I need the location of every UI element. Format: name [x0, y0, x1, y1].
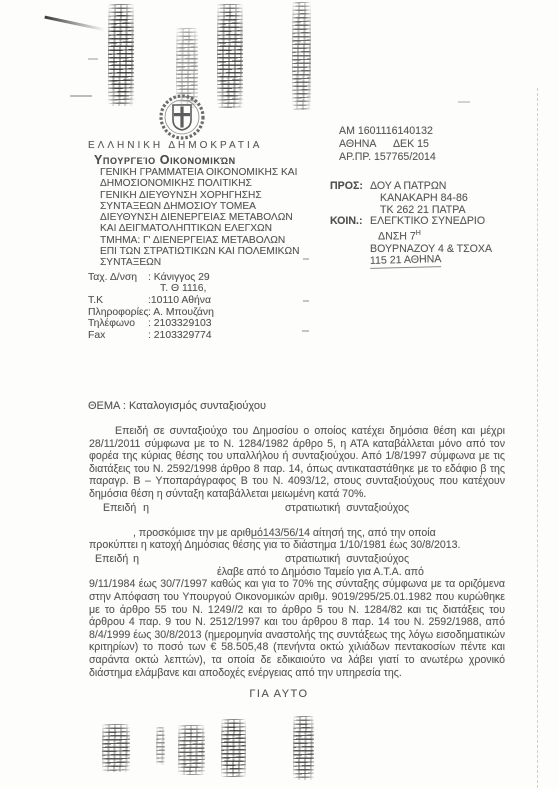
cc-lines: ΕΛΕΓΚΤΙΚΟ ΣΥΝΕΔΡΙΟ ΔΝΣΗ 7Η ΒΟΥΡΝΑΖΟΥ 4 &…: [370, 216, 492, 268]
pensioner-role: στρατιωτική συνταξιούχος: [285, 553, 409, 566]
page-fold-line: [537, 88, 538, 788]
clause-redacted-1: Επειδή η στρατιωτική συνταξιούχος: [89, 502, 505, 515]
cc-label: ΚΟΙΝ.:: [330, 216, 370, 268]
dept-line: ΣΥΝΤΑΞΕΩΝ ΔΗΜΟΣΙΟΥ ΤΟΜΕΑ: [100, 201, 328, 212]
ink-smudge-bottom-4: [221, 719, 246, 777]
clause-prefix: Επειδή η: [95, 553, 139, 566]
cc-line: 115 21 ΑΘΗΝΑ: [370, 255, 492, 268]
greek-national-emblem-icon: [156, 91, 208, 143]
dept-line: ΚΑΙ ΔΕΙΓΜΑΤΟΛΗΠΤΙΚΩΝ ΕΛΕΓΧΩΝ: [100, 223, 328, 234]
dept-line: ΣΥΝΤΑΞΕΩΝ: [100, 257, 328, 268]
clause-prefix: Επειδή η: [103, 502, 149, 515]
department-lines: ΓΕΝΙΚΗ ΓΡΑΜΜΑΤΕΙΑ ΟΙΚΟΝΟΜΙΚΗΣ ΚΑΙ ΔΗΜΟΣΙ…: [88, 167, 328, 269]
contact-value: : 2103329103: [148, 318, 212, 330]
contact-label: Fax: [88, 330, 148, 342]
cc-line: ΕΛΕΓΚΤΙΚΟ ΣΥΝΕΔΡΙΟ: [370, 216, 492, 228]
contact-row-fax: Fax : 2103329774: [88, 330, 328, 342]
dept-line: ΔΗΜΟΣΙΟΝΟΜΙΚΗΣ ΠΟΛΙΤΙΚΗΣ: [100, 178, 328, 189]
cc-directorate-sup: Η: [416, 230, 421, 237]
ink-smudge-top-3: [217, 4, 243, 108]
contact-label: Ταχ. Δ/νση: [88, 272, 148, 284]
letter-body: Επειδή σε συνταξιούχο του Δημοσίου ο οπο…: [89, 425, 505, 701]
subject-label: ΘΕΜΑ :: [88, 400, 126, 412]
paragraph-1: Επειδή σε συνταξιούχο του Δημοσίου ο οπο…: [89, 425, 505, 501]
contact-label: Τ.Κ: [88, 295, 148, 307]
contact-row-phone: Τηλέφωνο : 2103329103: [88, 318, 328, 330]
ministry-title: Υπουργείο Οικονομικών: [94, 153, 328, 167]
contact-row-pobox: Τ. Θ 1116,: [88, 283, 328, 295]
cc-underlined-address: 115 21 ΑΘΗΝΑ: [370, 254, 442, 269]
contact-label: Τηλέφωνο: [88, 318, 148, 330]
ink-smudge-bottom-1: [102, 724, 130, 772]
city-and-date: ΑΘΗΝΑ ΔΕΚ 15: [339, 138, 436, 151]
cc-row: ΚΟΙΝ.: ΕΛΕΓΚΤΙΚΟ ΣΥΝΕΔΡΙΟ ΔΝΣΗ 7Η ΒΟΥΡΝΑ…: [330, 216, 492, 268]
republic-title: ΕΛΛΗΝΙΚΗ ΔΗΜΟΚΡΑΤΙΑ: [88, 140, 328, 151]
pen-overline-artifact: [252, 538, 304, 539]
dept-line: ΔΙΕΥΘΥΝΣΗ ΔΙΕΝΕΡΓΕΙΑΣ ΜΕΤΑΒΟΛΩΝ: [100, 212, 328, 223]
contact-label: [88, 283, 148, 295]
ink-smudge-top-4: [292, 2, 311, 110]
registry-number: ΑΜ 1601116140132: [339, 125, 436, 138]
subject-text: Καταλογισμός συνταξιούχου: [129, 400, 266, 412]
paragraph-3: 9/11/1984 έως 30/7/1997 καθώς και για το…: [89, 578, 505, 679]
contact-block: Ταχ. Δ/νση : Κάνιγγος 29 Τ. Θ 1116, Τ.Κ …: [88, 272, 328, 342]
closing-phrase: ΓΙΑ ΑΥΤΟ: [89, 688, 505, 701]
paragraph-2-line-1: , προσκόμισε την με αριθμό143/56/14 αίτη…: [133, 527, 505, 540]
dept-line: ΤΜΗΜΑ: Γ' ΔΙΕΝΕΡΓΕΙΑΣ ΜΕΤΑΒΟΛΩΝ: [100, 235, 328, 246]
contact-value: Τ. Θ 1116,: [160, 283, 206, 295]
reference-block: ΑΜ 1601116140132 ΑΘΗΝΑ ΔΕΚ 15 ΑΡ.ΠΡ. 157…: [339, 125, 436, 164]
scan-dash-artifact: [88, 58, 98, 60]
contact-value: : Α. Μπουζάνη: [148, 307, 214, 319]
scan-dash-artifact: [458, 101, 470, 103]
dept-line: ΕΠΙ ΤΩΝ ΣΤΡΑΤΙΩΤΙΚΩΝ ΚΑΙ ΠΟΛΕΜΙΚΩΝ: [100, 246, 328, 257]
ink-smudge-top-1: [108, 4, 134, 106]
contact-row-info: Πληροφορίες : Α. Μπουζάνη: [88, 307, 328, 319]
contact-row-postcode: Τ.Κ :10110 Αθήνα: [88, 295, 328, 307]
ink-smudge-bottom-5: [293, 716, 314, 780]
ink-smudge-bottom-2: [156, 727, 165, 765]
agency-header: ΕΛΛΗΝΙΚΗ ΔΗΜΟΚΡΑΤΙΑ Υπουργείο Οικονομικώ…: [88, 140, 328, 342]
contact-value: : 2103329774: [148, 330, 212, 342]
paragraph-3-line-1: έλαβε από το Δημόσιο Ταμείο για Α.Τ.Α. α…: [217, 566, 505, 579]
ink-smudge-bottom-3: [178, 725, 205, 775]
recipients-block: ΠΡΟΣ: ΔΟΥ Α ΠΑΤΡΩΝ ΚΑΝΑΚΑΡΗ 84-86 ΤΚ 262…: [330, 181, 492, 268]
contact-label: Πληροφορίες: [88, 307, 148, 319]
protocol-number: ΑΡ.ΠΡ. 157765/2014: [339, 151, 436, 164]
pen-stroke-artifact: [44, 16, 105, 32]
contact-value: : Κάνιγγος 29: [148, 272, 210, 284]
subject-line: ΘΕΜΑ : Καταλογισμός συνταξιούχου: [88, 400, 266, 412]
contact-row-address: Ταχ. Δ/νση : Κάνιγγος 29: [88, 272, 328, 284]
dept-line: ΓΕΝΙΚΗ ΔΙΕΥΘΥΝΣΗ ΧΟΡΗΓΗΣΗΣ: [100, 190, 328, 201]
to-label: ΠΡΟΣ:: [330, 181, 370, 216]
cc-line: ΔΝΣΗ 7Η: [378, 228, 492, 243]
to-row: ΠΡΟΣ: ΔΟΥ Α ΠΑΤΡΩΝ ΚΑΝΑΚΑΡΗ 84-86 ΤΚ 262…: [330, 181, 492, 216]
scanned-document-page: ΕΛΛΗΝΙΚΗ ΔΗΜΟΚΡΑΤΙΑ Υπουργείο Οικονομικώ…: [0, 0, 558, 788]
paragraph-2-line-2: προκύπτει η κατοχή Δημόσιας θέσης για το…: [89, 539, 505, 552]
contact-value: :10110 Αθήνα: [148, 295, 211, 307]
cc-directorate: ΔΝΣΗ 7: [378, 231, 416, 243]
to-line: ΚΑΝΑΚΑΡΗ 84-86: [380, 193, 468, 205]
to-lines: ΔΟΥ Α ΠΑΤΡΩΝ ΚΑΝΑΚΑΡΗ 84-86 ΤΚ 262 21 ΠΑ…: [370, 181, 468, 216]
dept-line: ΓΕΝΙΚΗ ΓΡΑΜΜΑΤΕΙΑ ΟΙΚΟΝΟΜΙΚΗΣ ΚΑΙ: [100, 167, 328, 178]
clause-redacted-2: Επειδή η στρατιωτική συνταξιούχος: [89, 553, 505, 566]
scan-dash-artifact: [70, 95, 92, 97]
pensioner-role: στρατιωτική συνταξιούχος: [285, 502, 409, 515]
